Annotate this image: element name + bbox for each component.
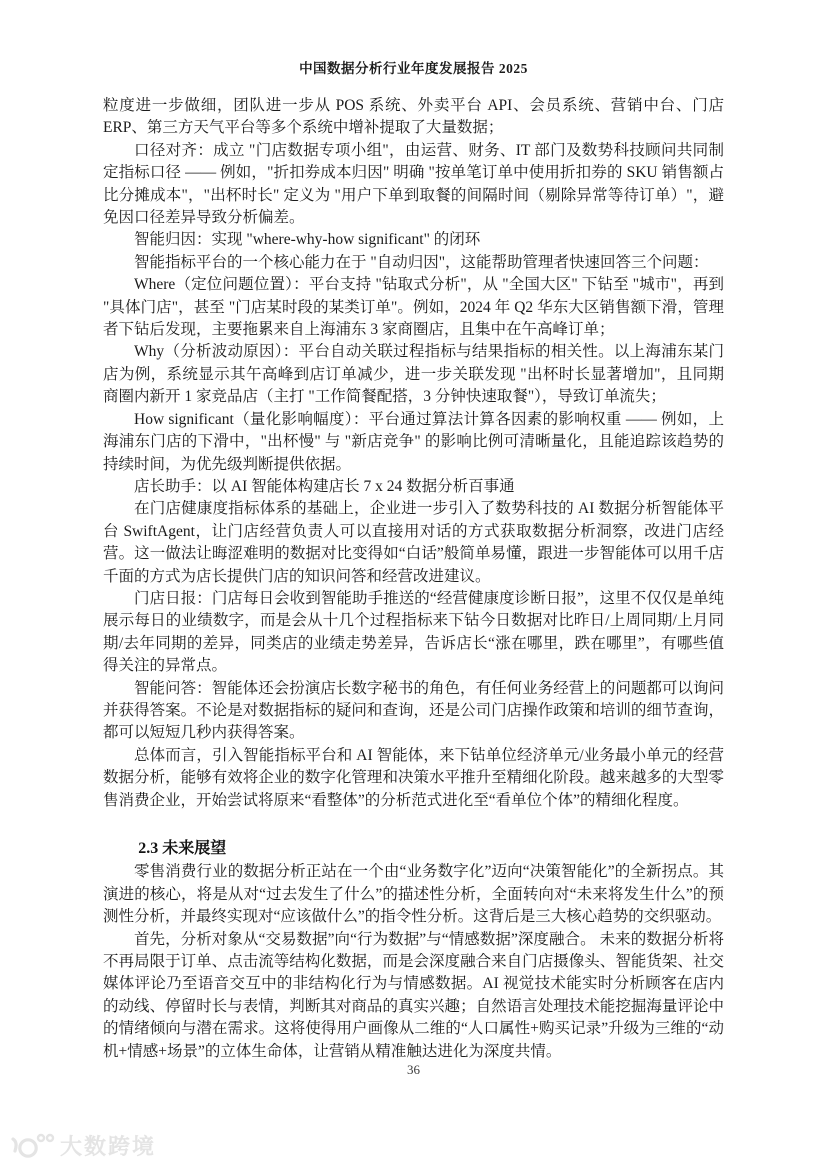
paragraph-data-fusion-trend: 首先，分析对象从“交易数据”向“行为数据”与“情感数据”深度融合。 未来的数据分…	[103, 929, 724, 1063]
paragraph-swiftagent: 在门店健康度指标体系的基础上，企业进一步引入了数势科技的 AI 数据分析智能体平…	[103, 498, 724, 588]
paragraph-smart-qa: 智能问答：智能体还会扮演店长数字秘书的角色，有任何业务经营上的问题都可以询问并获…	[103, 678, 724, 745]
report-header-title: 中国数据分析行业年度发展报告 2025	[0, 57, 827, 77]
paragraph-store-manager-assistant: 店长助手：以 AI 智能体构建店长 7 x 24 数据分析百事通	[103, 476, 724, 498]
page-number: 36	[0, 1062, 827, 1078]
paragraph-smart-attribution: 智能归因：实现 "where-why-how significant" 的闭环	[103, 229, 724, 251]
paragraph-summary: 总体而言，引入智能指标平台和 AI 智能体，来下钻单位经济单元/业务最小单元的经…	[103, 745, 724, 812]
watermark-brand-text: 大数跨境	[60, 1130, 156, 1161]
paragraph-how-significant: How significant（量化影响幅度）：平台通过算法计算各因素的影响权重…	[103, 409, 724, 476]
paragraph-caliber-alignment: 口径对齐：成立 "门店数据专项小组"，由运营、财务、IT 部门及数势科技顾问共同…	[103, 140, 724, 230]
ten-double-dot-logo-icon	[9, 1131, 55, 1161]
paragraph-why: Why（分析波动原因）：平台自动关联过程指标与结果指标的相关性。以上海浦东某门店…	[103, 341, 724, 408]
section-heading-future-outlook: 2.3 未来展望	[103, 838, 724, 860]
report-page: 中国数据分析行业年度发展报告 2025 粒度进一步做细，团队进一步从 POS 系…	[0, 0, 827, 1169]
paragraph-continuation: 粒度进一步做细，团队进一步从 POS 系统、外卖平台 API、会员系统、营销中台…	[103, 95, 724, 140]
paragraph-inflection-point: 零售消费行业的数据分析正站在一个由“业务数字化”迈向“决策智能化”的全新拐点。其…	[103, 861, 724, 928]
paragraph-store-daily-report: 门店日报：门店每日会收到智能助手推送的“经营健康度诊断日报”，这里不仅仅是单纯展…	[103, 588, 724, 678]
paragraph-where: Where（定位问题位置）：平台支持 "钻取式分析"，从 "全国大区" 下钻至 …	[103, 274, 724, 341]
watermark-brand: 大数跨境	[9, 1130, 156, 1161]
page-body: 粒度进一步做细，团队进一步从 POS 系统、外卖平台 API、会员系统、营销中台…	[103, 95, 724, 1063]
paragraph-platform-core-ability: 智能指标平台的一个核心能力在于 "自动归因"，这能帮助管理者快速回答三个问题：	[103, 252, 724, 274]
